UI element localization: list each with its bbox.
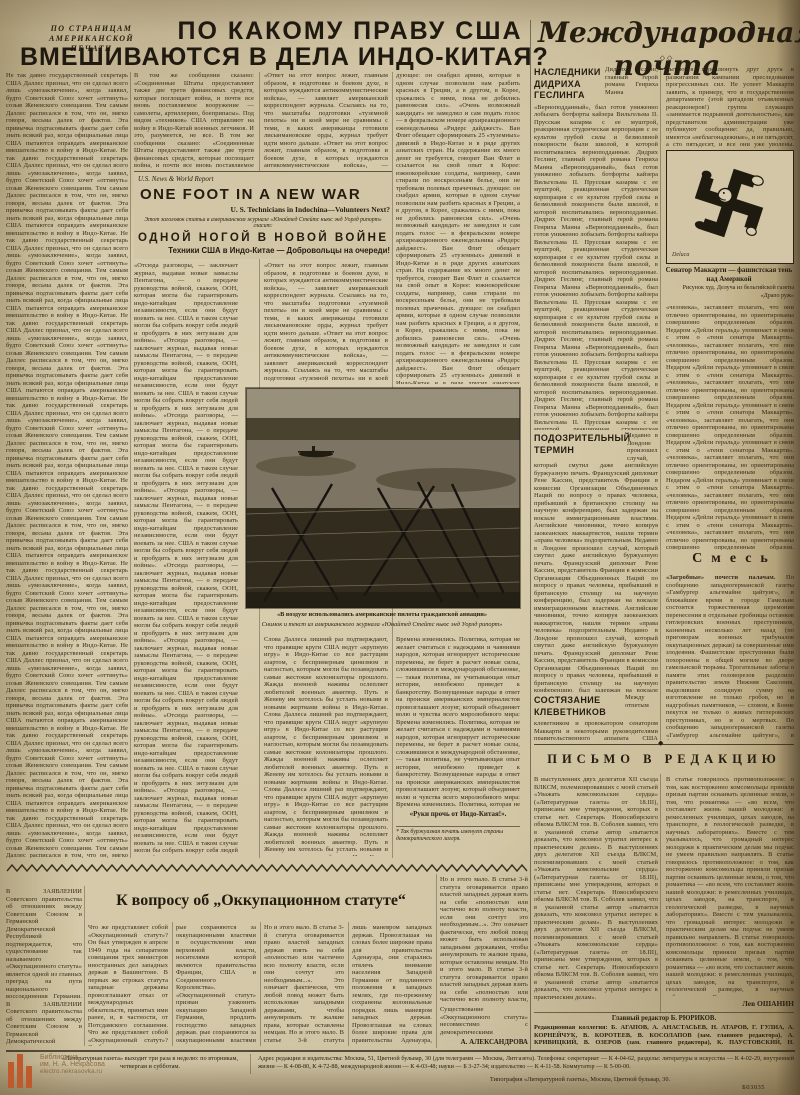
imprint-divider <box>250 1054 251 1074</box>
airfield-photo-image <box>246 388 520 608</box>
smes-lead: «Загробные» почести палачам. <box>666 574 776 581</box>
article-column-2-bottom: «Отсюда разговоры, — заключает журнал, в… <box>134 262 238 856</box>
imprint-code: Б03035 <box>742 1084 765 1091</box>
news-photo <box>246 388 520 608</box>
letter-signature: Лев ОШАНИН <box>666 999 794 1008</box>
column-rule <box>84 886 85 1046</box>
column-rule <box>660 66 661 740</box>
statute-intro-column: В ЗАЯВЛЕНИИ Советского правительства об … <box>6 888 82 1046</box>
article-column-4-top: дующее: он снабдил армии, которые в одно… <box>396 72 520 384</box>
watermark-line2: им. Н. А. Некрасова <box>40 1061 105 1068</box>
column-rule <box>348 922 349 1046</box>
imprint-printer: Типография «Литературной газеты», Москва… <box>380 1076 780 1083</box>
article-column-4-bottom: Времена изменились. Политика, которая не… <box>396 636 520 808</box>
main-headline-line2: ВМЕШИВАЮТСЯ В ДЕЛА ИНДО-КИТАЯ? <box>20 43 528 72</box>
english-subtitle: U. S. Technicians in Indochina—Volunteer… <box>134 203 392 214</box>
editor-line: Главный редактор Б. РЮРИКОВ. <box>534 1015 794 1022</box>
cartoon: Deluca <box>666 150 794 264</box>
mail-right-column-mid: «человека», заставляет полагать, что они… <box>666 304 794 550</box>
statute-column-4: лишь маневром западных держав. Провозгла… <box>352 924 432 1046</box>
swastika-figure-cartoon: Deluca <box>667 151 791 261</box>
article-column-3-bottom: Слова Даллеса лишний раз подтверждают, ч… <box>264 636 388 856</box>
cartoon-credit: Рисунок худ. Делуча из бельгийской газет… <box>664 285 794 300</box>
mail-left-column-1: НАСЛЕДНИКИ ДИДРИХА ГЕСЛИНГАДидрих Геслин… <box>534 66 658 430</box>
mail-left-column-2: ПОДОЗРИТЕЛЬНЫЙ ТЕРМИННедавно в Лондоне п… <box>534 432 658 692</box>
column-rule <box>172 922 173 1046</box>
rule <box>534 1012 794 1013</box>
imprint-rule <box>6 1050 795 1052</box>
english-headline: ONE FOOT IN A NEW WAR <box>134 183 392 203</box>
statute-column-2: рые сохраняются за оккупационными властя… <box>176 924 256 1046</box>
translation-note: Этот заголовок статьи в американском жур… <box>134 214 392 229</box>
mail-right-column-top: пытаются переплюнуть друг друга в разжиг… <box>666 66 794 148</box>
zigzag-divider <box>6 860 528 870</box>
smes-header: Смесь <box>666 551 794 567</box>
subhead-sostjazanie: СОСТЯЗАНИЕ КЛЕВЕТНИКОВ <box>534 695 620 718</box>
statute-column-3: Но и этого мало. В статье 3-й статута ог… <box>264 924 344 1046</box>
column-rule <box>130 72 131 858</box>
statute-column-5: Но и этого мало. В статье 3-й статута ог… <box>440 876 528 1004</box>
article-column-2-top: В том же сообщении сказано: «Соединенные… <box>134 72 254 168</box>
smes-column: «Загробные» почести палачам. По сообщени… <box>666 574 794 740</box>
subhead-nasledniki: НАСЛЕДНИКИ ДИДРИХА ГЕСЛИНГА <box>534 67 600 102</box>
article-column-1: Не так давно государственный секретарь С… <box>6 72 128 858</box>
russian-subtitle: Техники США в Индо-Китае — Добровольцы н… <box>134 244 392 255</box>
article-slogan: «Руки прочь от Индо-Китая!». <box>396 810 520 818</box>
cartoon-artist-signature: Deluca <box>671 252 689 258</box>
column-rule <box>260 922 261 1046</box>
letter-header: ПИСЬМО В РЕДАКЦИЮ <box>534 752 794 767</box>
ornament-diamond: ◆ <box>658 739 663 747</box>
article-footnote: * Так буржуазная печать именует страны д… <box>396 826 520 843</box>
watermark-line1: Библиотека <box>40 1054 105 1061</box>
photo-caption-line2: Снимок и текст из американского журнала … <box>240 621 524 629</box>
cartoon-caption: Сенатор Маккарти — фашистская тень над А… <box>664 266 794 284</box>
main-headline-line1: ПО КАКОМУ ПРАВУ США <box>175 17 525 46</box>
english-headline-block: U.S. News & World Report ONE FOOT IN A N… <box>134 171 392 259</box>
library-watermark: Библиотека им. Н. А. Некрасова electro.n… <box>8 1054 105 1090</box>
watermark-url: electro.nekrasovka.ru <box>40 1068 105 1075</box>
mail-left-column-3: СОСТЯЗАНИЕ КЛЕВЕТНИКОВМежду отпетым клев… <box>534 694 658 740</box>
column-rule <box>436 874 437 1048</box>
column-rule <box>660 774 661 1012</box>
editorial-board: Редакционная коллегия: Б. АГАПОВ, А. АНА… <box>534 1024 794 1048</box>
section-divider <box>530 20 531 1050</box>
mail-ornament: ◇◇ <box>538 54 796 62</box>
statute-signature: А. АЛЕКСАНДРОВА <box>440 1038 528 1046</box>
statute-column-1: Что же представляет собой «Оккупационный… <box>88 924 168 1046</box>
source-label: U.S. News & World Report <box>134 172 392 183</box>
subhead-podozritelny: ПОДОЗРИТЕЛЬНЫЙ ТЕРМИН <box>534 433 622 456</box>
newspaper-page: ПО СТРАНИЦАМ АМЕРИКАНСКОЙ ПЕЧАТИ ПО КАКО… <box>0 0 800 1095</box>
article-column-3-mid: «Ответ на этот вопрос лежит, главным обр… <box>264 262 388 384</box>
photo-caption-line1: «В воздухе использовались американские п… <box>240 611 524 619</box>
imprint-address: Адрес редакции и издательства: Москва, 5… <box>258 1055 794 1070</box>
ornament-rule <box>534 744 794 745</box>
letter-column-left: В выступлениях двух делегатов XII съезда… <box>534 776 658 1010</box>
statute-closing: Существование «Оккупационного статута» н… <box>440 1006 528 1036</box>
article-column-3-top: «Ответ на этот вопрос лежит, главным обр… <box>264 72 388 168</box>
letter-column-right: В статье говорилось противоположное: о т… <box>666 776 794 996</box>
library-logo-icon <box>8 1054 34 1090</box>
russian-headline: ОДНОЙ НОГОЙ В НОВОЙ ВОЙНЕ <box>134 229 392 244</box>
statute-headline: К вопросу об „Оккупационном статуте“ <box>88 892 434 910</box>
